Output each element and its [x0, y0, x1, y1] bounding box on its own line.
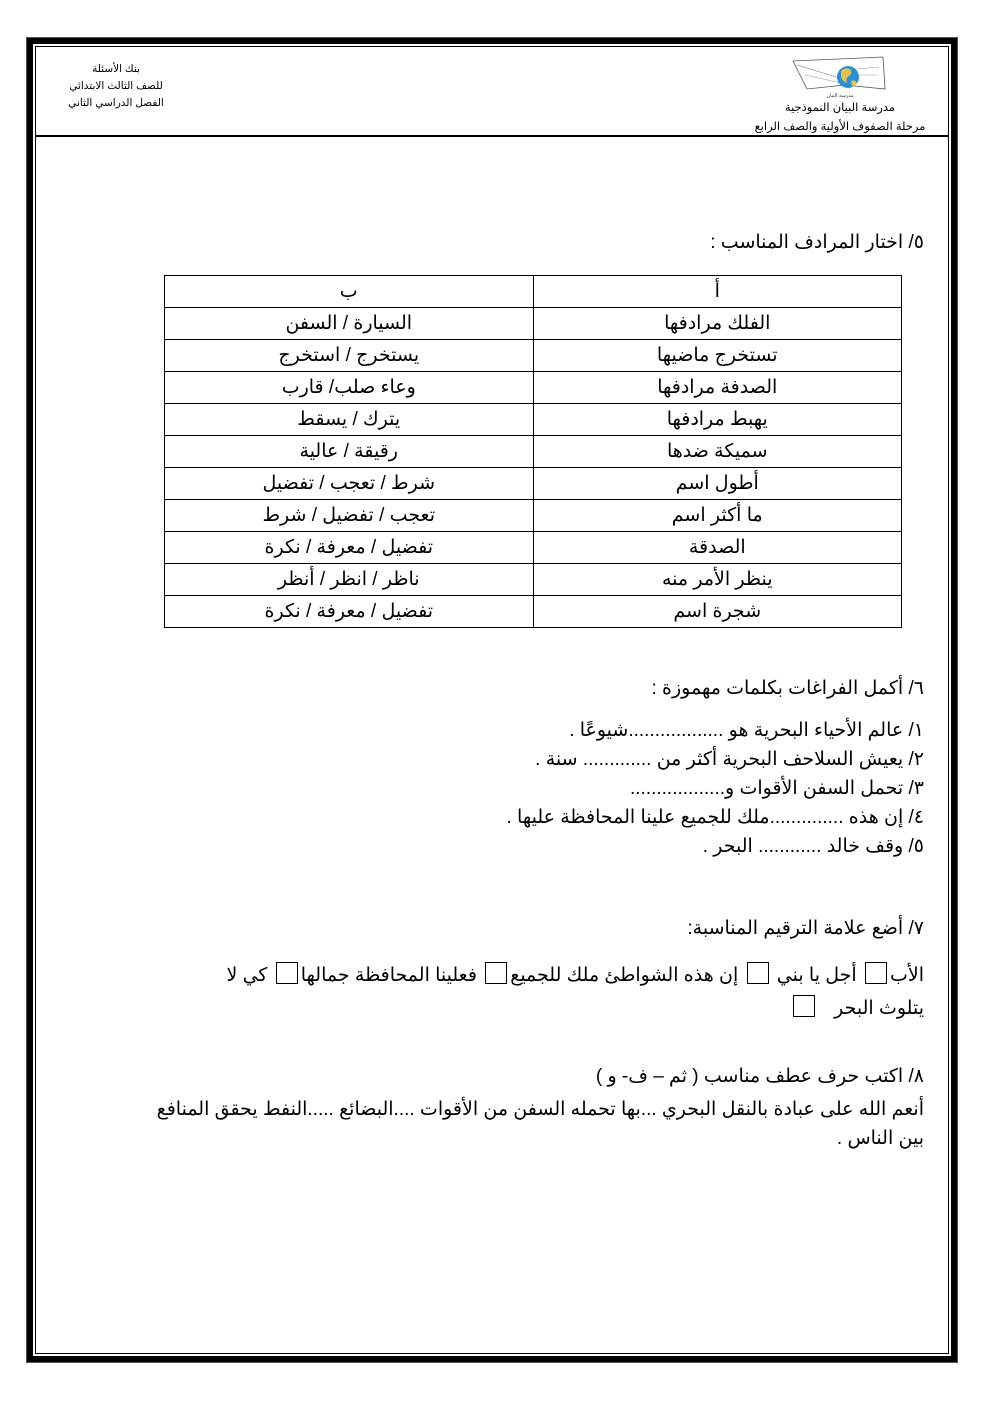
header-left-line-2: للصف الثالث الابتدائي: [56, 78, 176, 95]
q7-segment: يتلوث البحر: [834, 998, 924, 1019]
cell-a: سميكة ضدها: [533, 436, 902, 468]
q6-item-5: ٥/ وقف خالد ............ البحر .: [703, 835, 924, 858]
cell-a: يهبط مرادفها: [533, 404, 902, 436]
punctuation-box[interactable]: [485, 962, 507, 984]
table-row: الفلك مرادفهاالسيارة / السفن: [165, 308, 902, 340]
punctuation-box[interactable]: [276, 962, 298, 984]
header-left-block: بنك الأسئلة للصف الثالث الابتدائي الفصل …: [56, 61, 176, 112]
table-row: يهبط مرادفهايترك / يسقط: [165, 404, 902, 436]
header-divider: [36, 135, 948, 137]
q6-item-4: ٤/ إن هذه ..............ملك للجميع علينا…: [507, 806, 925, 829]
header-left-line-3: الفصل الدراسي الثاني: [56, 95, 176, 112]
q7-segment: إن هذه الشواطئ ملك للجميع: [510, 965, 738, 986]
school-name: مدرسة البيان النموذجية: [740, 99, 940, 118]
q6-item-1: ١/ عالم الأحياء البحرية هو .............…: [569, 719, 924, 742]
page-border: بنك الأسئلة للصف الثالث الابتدائي الفصل …: [27, 38, 957, 1362]
cell-a: الصدقة: [533, 532, 902, 564]
cell-b: ناظر / انظر / أنظر: [165, 564, 534, 596]
table-row: ما أكثر اسمتعجب / تفضيل / شرط: [165, 500, 902, 532]
punctuation-box[interactable]: [747, 962, 769, 984]
cell-a: الفلك مرادفها: [533, 308, 902, 340]
cell-b: رقيقة / عالية: [165, 436, 534, 468]
cell-b: السيارة / السفن: [165, 308, 534, 340]
punctuation-box[interactable]: [793, 995, 815, 1017]
q7-segment: فعلينا المحافظة جمالها: [301, 965, 477, 986]
header-right-block: مدرسة البيان مدرسة البيان النموذجية مرحل…: [740, 55, 940, 137]
cell-b: تفضيل / معرفة / نكرة: [165, 596, 534, 628]
q6-item-2: ٢/ يعيش السلاحف البحرية أكثر من ........…: [535, 748, 924, 771]
q7-sentence-line-1: الأب أجل يا بني إن هذه الشواطئ ملك للجمي…: [226, 962, 924, 987]
synonyms-table: أ ب الفلك مرادفهاالسيارة / السفن تستخرج …: [164, 275, 902, 628]
cell-a: ما أكثر اسم: [533, 500, 902, 532]
cell-b: يترك / يسقط: [165, 404, 534, 436]
cell-b: وعاء صلب/ قارب: [165, 372, 534, 404]
cell-a: الصدفة مرادفها: [533, 372, 902, 404]
cell-b: شرط / تعجب / تفضيل: [165, 468, 534, 500]
q6-title: ٦/ أكمل الفراغات بكلمات مهموزة :: [651, 677, 924, 700]
table-row: الصدفة مرادفهاوعاء صلب/ قارب: [165, 372, 902, 404]
header-left-line-1: بنك الأسئلة: [56, 61, 176, 78]
cell-b: تفضيل / معرفة / نكرة: [165, 532, 534, 564]
table-row: أطول اسمشرط / تعجب / تفضيل: [165, 468, 902, 500]
table-row: ينظر الأمر منهناظر / انظر / أنظر: [165, 564, 902, 596]
table-header-row: أ ب: [165, 276, 902, 308]
column-header-a: أ: [533, 276, 902, 308]
cell-b: تعجب / تفضيل / شرط: [165, 500, 534, 532]
cell-b: يستخرج / استخرج: [165, 340, 534, 372]
cell-a: تستخرج ماضيها: [533, 340, 902, 372]
q7-segment: كي لا: [226, 965, 267, 986]
table-row: تستخرج ماضيهايستخرج / استخرج: [165, 340, 902, 372]
table-row: الصدقةتفضيل / معرفة / نكرة: [165, 532, 902, 564]
q8-title: ٨/ اكتب حرف عطف مناسب ( ثم – ف- و ): [596, 1065, 924, 1088]
page-inner-border: بنك الأسئلة للصف الثالث الابتدائي الفصل …: [35, 46, 949, 1354]
q7-segment: أجل يا بني: [777, 965, 857, 986]
punctuation-box[interactable]: [865, 962, 887, 984]
column-header-b: ب: [165, 276, 534, 308]
q7-title: ٧/ أضع علامة الترقيم المناسبة:: [687, 917, 924, 940]
q6-item-3: ٣/ تحمل السفن الأقوات و.................…: [630, 777, 924, 800]
table-row: سميكة ضدهارقيقة / عالية: [165, 436, 902, 468]
q7-sentence-line-2: يتلوث البحر: [790, 995, 924, 1020]
cell-a: شجرة اسم: [533, 596, 902, 628]
q8-paragraph: أنعم الله على عبادة بالنقل البحري ...بها…: [144, 1095, 924, 1153]
q7-segment: الأب: [890, 965, 924, 986]
q5-title: ٥/ اختار المرادف المناسب :: [710, 231, 924, 254]
cell-a: أطول اسم: [533, 468, 902, 500]
school-logo-icon: مدرسة البيان: [785, 55, 895, 99]
table-row: شجرة اسمتفضيل / معرفة / نكرة: [165, 596, 902, 628]
cell-a: ينظر الأمر منه: [533, 564, 902, 596]
